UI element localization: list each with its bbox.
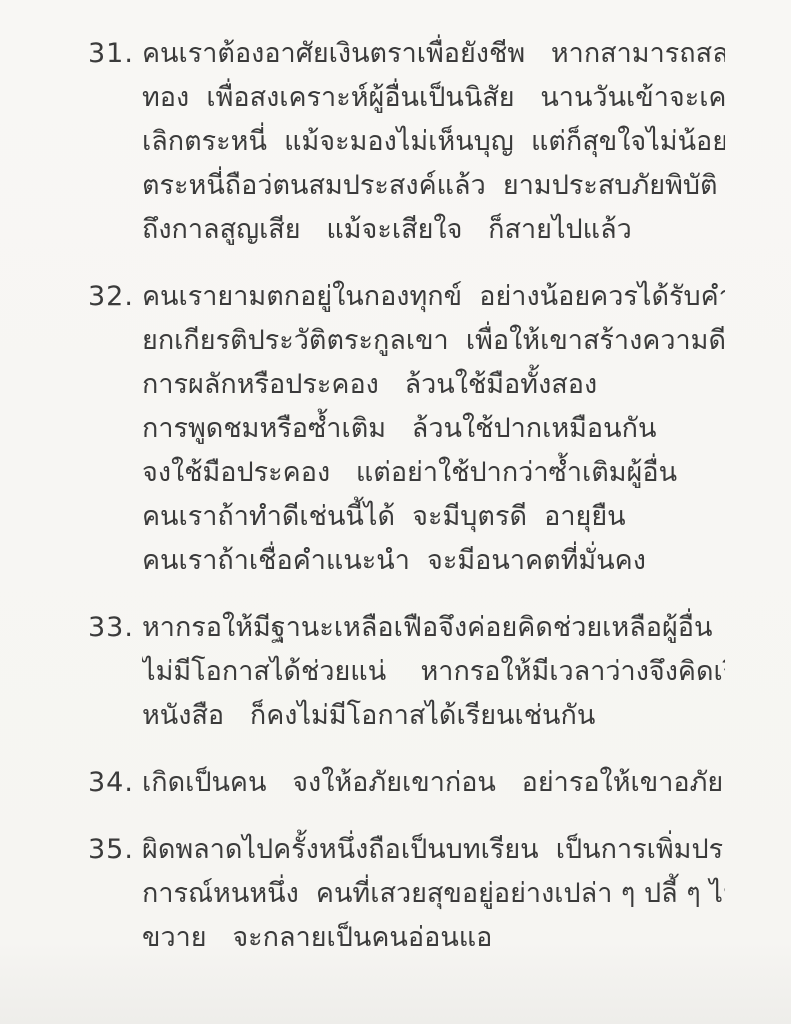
list-item: 33. หากรอให้มีฐานะเหลือเฟือจึงค่อยคิดช่ว…	[88, 606, 725, 738]
text-line: คนเราถ้าทำดีเช่นนี้ได้ จะมีบุตรดี อายุยื…	[142, 495, 725, 539]
item-number: 31.	[88, 32, 142, 76]
item-text: หากรอให้มีฐานะเหลือเฟือจึงค่อยคิดช่วยเหล…	[142, 606, 725, 738]
text-line: หากรอให้มีฐานะเหลือเฟือจึงค่อยคิดช่วยเหล…	[142, 606, 725, 650]
list-item: 35. ผิดพลาดไปครั้งหนึ่งถือเป็นบทเรียน เป…	[88, 828, 725, 960]
text-line: ผิดพลาดไปครั้งหนึ่งถือเป็นบทเรียน เป็นกา…	[142, 828, 725, 872]
text-line: ตระหนี่ถือว่ตนสมประสงค์แล้ว ยามประสบภัยพ…	[142, 164, 725, 208]
text-line: คนเราถ้าเชื่อคำแนะนำ จะมีอนาคตที่มั่นคง	[142, 539, 725, 583]
list-item: 32. คนเรายามตกอยู่ในกองทุกข์ อย่างน้อยคว…	[88, 275, 725, 583]
text-line: เลิกตระหนี่ แม้จะมองไม่เห็นบุญ แต่ก็สุขใ…	[142, 120, 725, 164]
text-line: การผลักหรือประคอง ล้วนใช้มือทั้งสอง	[142, 363, 725, 407]
item-text: เกิดเป็นคน จงให้อภัยเขาก่อน อย่ารอให้เขา…	[142, 761, 725, 805]
item-text: คนเราต้องอาศัยเงินตราเพื่อยังชีพ หากสามา…	[142, 32, 725, 252]
document-page: 31. คนเราต้องอาศัยเงินตราเพื่อยังชีพ หาก…	[0, 0, 791, 1024]
text-line: จงใช้มือประคอง แต่อย่าใช้ปากว่าซ้ำเติมผู…	[142, 451, 725, 495]
text-line: ทอง เพื่อสงเคราะห์ผู้อื่นเป็นนิสัย นานวั…	[142, 76, 725, 120]
list-item: 34. เกิดเป็นคน จงให้อภัยเขาก่อน อย่ารอให…	[88, 761, 725, 805]
text-line: หนังสือ ก็คงไม่มีโอกาสได้เรียนเช่นกัน	[142, 694, 725, 738]
item-number: 32.	[88, 275, 142, 319]
text-line: การณ์หนหนึ่ง คนที่เสวยสุขอยู่อย่างเปล่า …	[142, 872, 725, 916]
text-line: ถึงกาลสูญเสีย แม้จะเสียใจ ก็สายไปแล้ว	[142, 208, 725, 252]
text-line: คนเราต้องอาศัยเงินตราเพื่อยังชีพ หากสามา…	[142, 32, 725, 76]
item-number: 33.	[88, 606, 142, 650]
text-line: ยกเกียรติประวัติตระกูลเขา เพื่อให้เขาสร้…	[142, 319, 725, 363]
list-item: 31. คนเราต้องอาศัยเงินตราเพื่อยังชีพ หาก…	[88, 32, 725, 252]
text-line: การพูดชมหรือซ้ำเติม ล้วนใช้ปากเหมือนกัน	[142, 407, 725, 451]
item-number: 35.	[88, 828, 142, 872]
text-line: คนเรายามตกอยู่ในกองทุกข์ อย่างน้อยควรได้…	[142, 275, 725, 319]
item-number: 34.	[88, 761, 142, 805]
text-line: ไม่มีโอกาสได้ช่วยแน่ หากรอให้มีเวลาว่างจ…	[142, 650, 725, 694]
item-text: ผิดพลาดไปครั้งหนึ่งถือเป็นบทเรียน เป็นกา…	[142, 828, 725, 960]
text-line: ขวาย จะกลายเป็นคนอ่อนแอ	[142, 916, 725, 960]
text-line: เกิดเป็นคน จงให้อภัยเขาก่อน อย่ารอให้เขา…	[142, 761, 725, 805]
item-text: คนเรายามตกอยู่ในกองทุกข์ อย่างน้อยควรได้…	[142, 275, 725, 583]
